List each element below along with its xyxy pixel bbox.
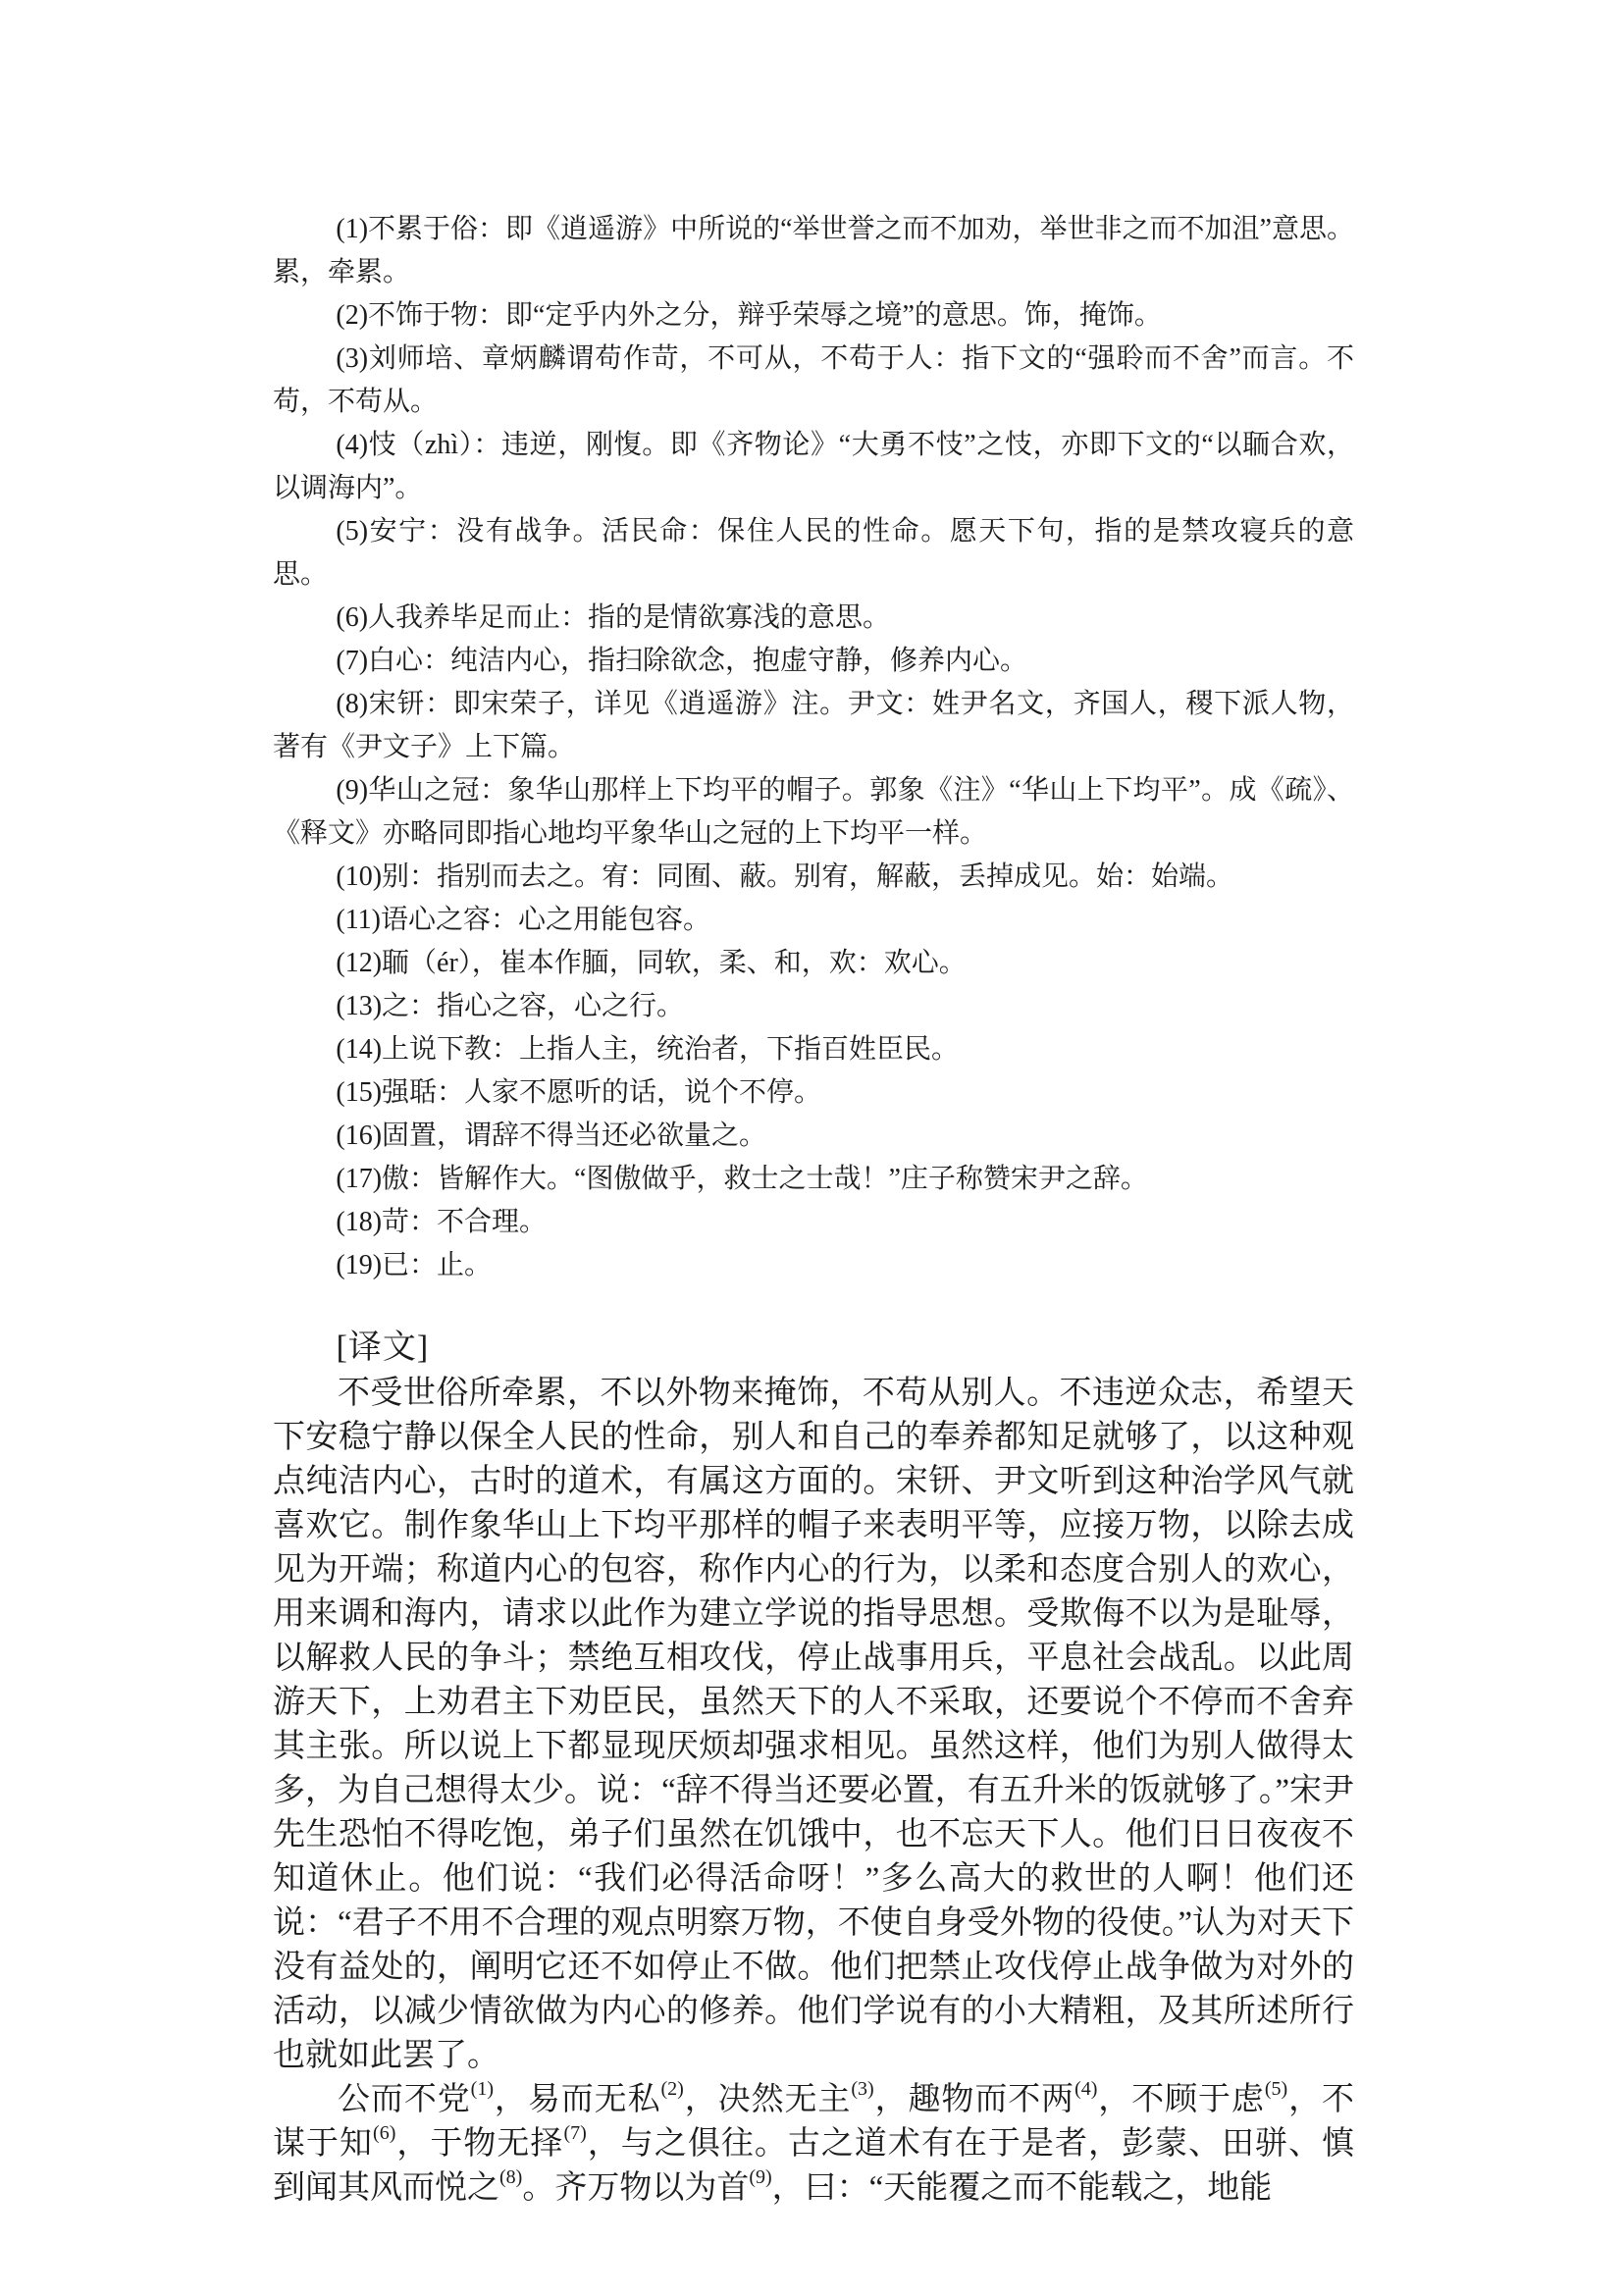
note-ref: (9)	[749, 2166, 771, 2188]
text-segment: 。齐万物以为首	[522, 2170, 749, 2206]
annotation-item: (14)上说下教：上指人主，统治者，下指百姓臣民。	[273, 1028, 1354, 1071]
annotation-item: (10)别：指别而去之。宥：同囿、蔽。别宥，解蔽，丢掉成见。始：始端。	[273, 856, 1354, 899]
text-segment: ，易而无私	[494, 2082, 661, 2117]
note-ref: (6)	[373, 2122, 395, 2144]
annotation-item: (3)刘师培、章炳麟谓苟作苛，不可从，不苟于人：指下文的“强聆而不舍”而言。不苟…	[273, 338, 1354, 424]
annotation-item: (2)不饰于物：即“定乎内外之分，辩乎荣辱之境”的意思。饰，掩饰。	[273, 294, 1354, 338]
annotation-item: (1)不累于俗：即《逍遥游》中所说的“举世誉之而不加劝，举世非之而不加沮”意思。…	[273, 208, 1354, 294]
annotation-item: (9)华山之冠：象华山那样上下均平的帽子。郭象《注》“华山上下均平”。成《疏》、…	[273, 769, 1354, 856]
annotation-item: (11)语心之容：心之用能包容。	[273, 899, 1354, 942]
text-segment: ，决然无主	[684, 2082, 852, 2117]
annotation-item: (12)聏（ér），崔本作腼，同软，柔、和，欢：欢心。	[273, 942, 1354, 985]
annotation-item: (13)之：指心之容，心之行。	[273, 985, 1354, 1028]
annotation-item: (19)已：止。	[273, 1244, 1354, 1287]
book-page: (1)不累于俗：即《逍遥游》中所说的“举世誉之而不加劝，举世非之而不加沮”意思。…	[0, 0, 1624, 2294]
note-ref: (5)	[1265, 2078, 1287, 2100]
original-text-paragraph: 公而不党(1)，易而无私(2)，决然无主(3)，趣物而不两(4)，不顾于虑(5)…	[273, 2078, 1354, 2211]
translation-header: [译文]	[273, 1325, 1354, 1372]
annotation-item: (18)苛：不合理。	[273, 1201, 1354, 1244]
note-ref: (1)	[471, 2078, 494, 2100]
annotation-item: (15)强聒：人家不愿听的话，说个不停。	[273, 1071, 1354, 1115]
annotation-item: (8)宋钘：即宋荣子，详见《逍遥游》注。尹文：姓尹名文，齐国人，稷下派人物，著有…	[273, 683, 1354, 769]
translation-paragraph: 不受世俗所牵累，不以外物来掩饰，不苟从别人。不违逆众志，希望天下安稳宁静以保全人…	[273, 1372, 1354, 2078]
text-segment: ，于物无择	[395, 2126, 563, 2162]
note-ref: (3)	[851, 2078, 873, 2100]
annotation-item: (5)安宁：没有战争。活民命：保住人民的性命。愿天下句，指的是禁攻寝兵的意思。	[273, 510, 1354, 597]
text-segment: 公而不党	[338, 2082, 471, 2117]
note-ref: (4)	[1074, 2078, 1097, 2100]
annotation-item: (6)人我养毕足而止：指的是情欲寡浅的意思。	[273, 597, 1354, 640]
text-block: (1)不累于俗：即《逍遥游》中所说的“举世誉之而不加劝，举世非之而不加沮”意思。…	[273, 208, 1354, 2211]
text-segment: ，不顾于虑	[1097, 2082, 1265, 2117]
annotation-item: (4)忮（zhì）：违逆，刚愎。即《齐物论》“大勇不忮”之忮，亦即下文的“以聏合…	[273, 424, 1354, 510]
text-segment: ，曰：“天能覆之而不能载之，地能	[772, 2170, 1273, 2206]
note-ref: (2)	[661, 2078, 684, 2100]
note-ref: (7)	[563, 2122, 586, 2144]
text-segment: ，趣物而不两	[874, 2082, 1074, 2117]
note-ref: (8)	[499, 2166, 522, 2188]
annotation-item: (17)傲：皆解作大。“图傲做乎，救士之士哉！”庄子称赞宋尹之辞。	[273, 1158, 1354, 1201]
annotations-section: (1)不累于俗：即《逍遥游》中所说的“举世誉之而不加劝，举世非之而不加沮”意思。…	[273, 208, 1354, 1287]
annotation-item: (16)固置，谓辞不得当还必欲量之。	[273, 1115, 1354, 1158]
annotation-item: (7)白心：纯洁内心，指扫除欲念，抱虚守静，修养内心。	[273, 640, 1354, 683]
